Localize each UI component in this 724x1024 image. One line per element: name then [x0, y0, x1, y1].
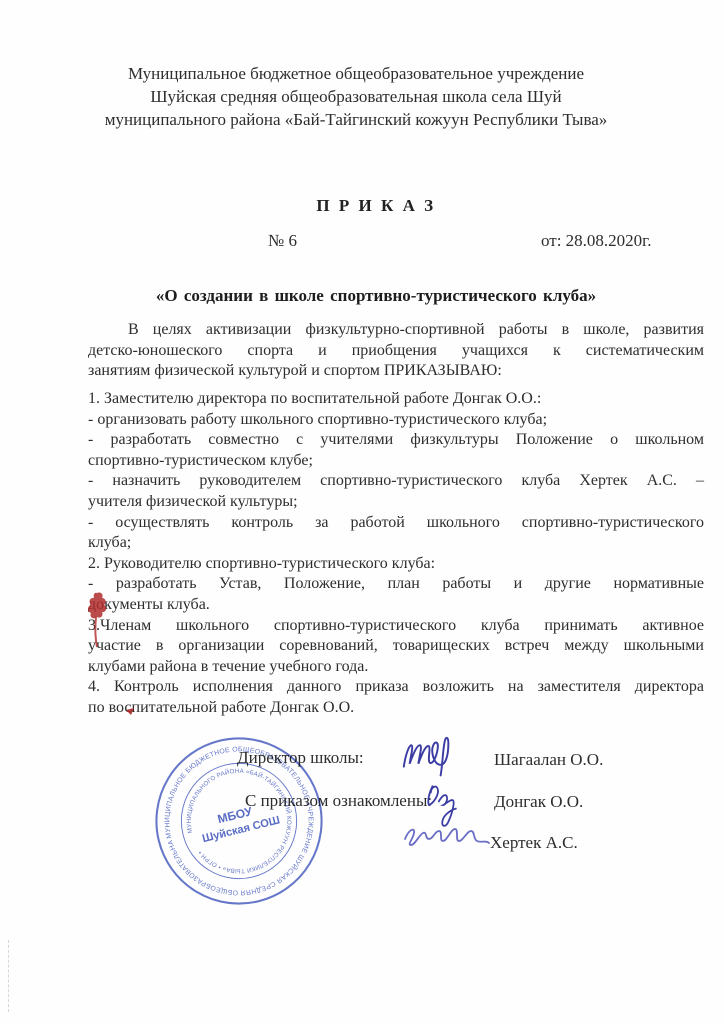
- order-body-line: клубами района в течение учебного года.: [88, 657, 704, 678]
- order-body-line: учителя физической культуры;: [88, 492, 704, 513]
- scan-artifact-line: [8, 940, 9, 1012]
- order-body-line: - разработать совместно с учителями физк…: [88, 430, 704, 451]
- acknowledged-name-2: Хертек А.С.: [490, 833, 578, 853]
- acknowledged-signature-2: [401, 819, 491, 849]
- scanned-order-document: Муниципальное бюджетное общеобразователь…: [0, 0, 724, 1024]
- order-body-line: документы клуба.: [88, 595, 704, 616]
- order-intro: В целях активизации физкультурно-спортив…: [88, 320, 704, 382]
- order-body-line: 3.Членам школьного спортивно-туристическ…: [88, 616, 704, 637]
- order-body: 1. Заместителю директора по воспитательн…: [88, 389, 704, 719]
- intro-line: В целях активизации физкультурно-спортив…: [88, 320, 704, 341]
- order-body-line: спортивно-туристическом клубе;: [88, 451, 704, 472]
- order-body-line: - назначить руководителем спортивно-тури…: [88, 471, 704, 492]
- order-body-line: - разработать Устав, Положение, план раб…: [88, 574, 704, 595]
- order-body-line: - осуществлять контроль за работой школь…: [88, 513, 704, 534]
- order-body-line: - организовать работу школьного спортивн…: [88, 410, 704, 431]
- order-body-line: клуба;: [88, 533, 704, 554]
- school-round-stamp: МУНИЦИПАЛЬНОЕ БЮДЖЕТНОЕ ОБЩЕОБРАЗОВАТЕЛЬ…: [152, 735, 326, 907]
- acknowledged-name-1: Донгак О.О.: [494, 792, 583, 812]
- director-name: Шагаалан О.О.: [494, 750, 603, 770]
- order-body-line: по воспитательной работе Донгак О.О.: [88, 698, 704, 719]
- intro-line: детско-юношеского спорта и приобщения уч…: [88, 341, 704, 362]
- org-header-line-2: Шуйская средняя общеобразовательная школ…: [88, 85, 624, 108]
- order-date: от: 28.08.2020г.: [541, 231, 651, 251]
- order-heading: П Р И К А З: [88, 196, 664, 216]
- org-header-line-1: Муниципальное бюджетное общеобразователь…: [88, 62, 624, 85]
- intro-line: занятиям физической культурой и спортом …: [88, 361, 704, 382]
- director-signature: [398, 729, 460, 783]
- order-number: № 6: [268, 231, 297, 251]
- org-header: Муниципальное бюджетное общеобразователь…: [88, 62, 624, 131]
- org-header-line-3: муниципального района «Бай-Тайгинский ко…: [88, 108, 624, 131]
- order-body-line: 4. Контроль исполнения данного приказа в…: [88, 677, 704, 698]
- order-body-line: участие в организации соревнований, това…: [88, 636, 704, 657]
- red-ink-mark: [84, 588, 110, 652]
- red-ink-dot: [125, 707, 136, 716]
- order-body-line: 2. Руководителю спортивно-туристического…: [88, 554, 704, 575]
- order-body-line: 1. Заместителю директора по воспитательн…: [88, 389, 704, 410]
- order-title: «О создании в школе спортивно-туристичес…: [88, 286, 664, 306]
